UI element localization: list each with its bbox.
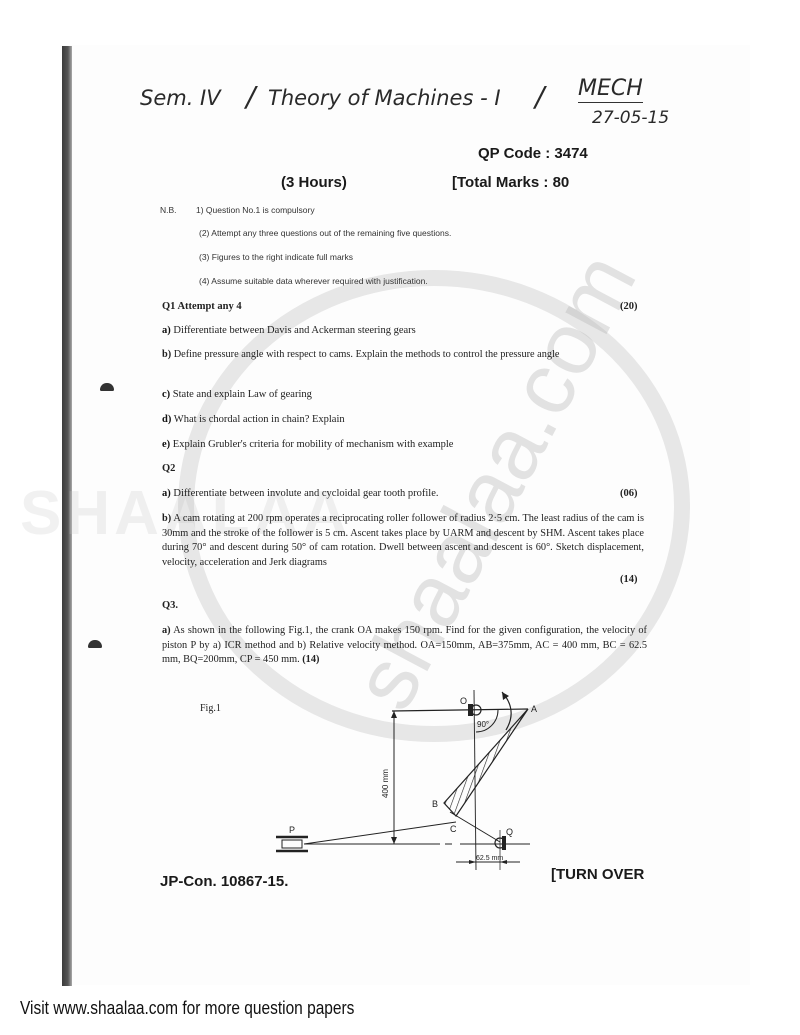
nb-label: N.B. [160,205,177,215]
part-label: b) [162,513,171,524]
qp-code: QP Code : 3474 [478,145,588,162]
svg-text:B: B [432,799,438,809]
svg-text:90°: 90° [477,720,489,729]
duration: (3 Hours) [281,174,347,191]
part-text: Differentiate between Davis and Ackerman… [173,325,415,336]
part-text: State and explain Law of gearing [173,389,312,400]
punch-hole [100,383,114,391]
q1-part-a: a) Differentiate between Davis and Acker… [162,325,416,336]
svg-text:C: C [450,824,457,834]
part-text: What is chordal action in chain? Explain [174,414,345,425]
q1-part-c: c) State and explain Law of gearing [162,389,312,400]
instruction-item: (2) Attempt any three questions out of t… [199,228,451,238]
handwritten-semester: Sem. IV [140,86,221,110]
q2-part-b: b) A cam rotating at 200 rpm operates a … [162,512,644,570]
handwritten-slash: / [246,80,255,113]
svg-text:O: O [460,696,467,706]
part-text: A cam rotating at 200 rpm operates a rec… [162,513,644,568]
handwritten-subject: Theory of Machines - I [268,86,501,110]
q1-part-e: e) Explain Grubler's criteria for mobili… [162,439,453,450]
part-label: a) [162,625,171,636]
q1-marks: (20) [620,301,638,312]
part-label: a) [162,325,171,336]
q3-part-a: a) As shown in the following Fig.1, the … [162,624,647,668]
handwritten-date: 27-05-15 [592,108,669,128]
part-label: a) [162,488,171,499]
q1-part-d: d) What is chordal action in chain? Expl… [162,414,345,425]
handwritten-slash: / [535,80,544,113]
q2-a-marks: (06) [620,488,638,499]
instruction-item: (4) Assume suitable data wherever requir… [199,276,428,286]
svg-text:Q: Q [506,827,513,837]
q2-b-marks: (14) [620,574,638,585]
q2-part-a: a) Differentiate between involute and cy… [162,488,439,499]
q3-marks: (14) [302,654,319,665]
instruction-item: 1) Question No.1 is compulsory [196,205,315,215]
part-text: Differentiate between involute and cyclo… [173,488,438,499]
svg-text:400 mm: 400 mm [381,769,390,798]
part-text: Explain Grubler's criteria for mobility … [173,439,454,450]
handwritten-branch: MECH [578,76,643,103]
q1-part-b: b) Define pressure angle with respect to… [162,348,642,363]
part-text: As shown in the following Fig.1, the cra… [162,625,647,665]
exam-code: JP-Con. 10867-15. [160,873,288,890]
figure-caption: Fig.1 [200,703,221,714]
part-label: e) [162,439,170,450]
visit-link[interactable]: Visit www.shaalaa.com for more question … [20,998,354,1019]
instruction-item: (3) Figures to the right indicate full m… [199,252,353,262]
q3-title: Q3. [162,600,178,611]
mechanism-figure: O A B C P Q 90° 400 mm 62.5 mm [260,680,560,880]
svg-text:62.5 mm: 62.5 mm [476,855,503,862]
turn-over: [TURN OVER [551,866,644,883]
punch-hole [88,640,102,648]
part-text: Define pressure angle with respect to ca… [174,349,560,360]
q2-title: Q2 [162,463,175,474]
total-marks: [Total Marks : 80 [452,174,569,191]
part-label: b) [162,349,171,360]
part-label: c) [162,389,170,400]
q1-title: Q1 Attempt any 4 [162,301,242,312]
svg-text:P: P [289,825,295,835]
part-label: d) [162,414,171,425]
svg-text:A: A [531,704,537,714]
